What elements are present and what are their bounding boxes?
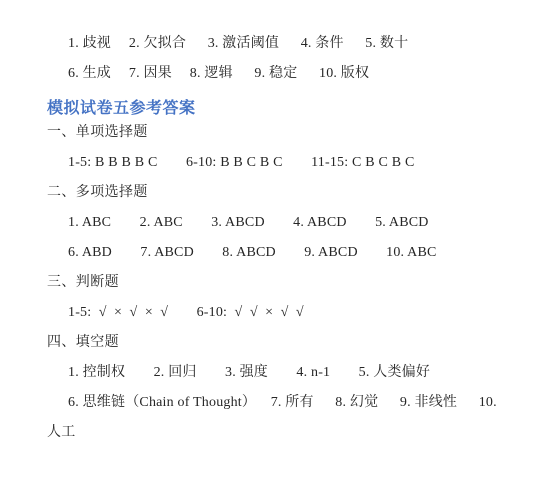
section-title-single-choice: 一、单项选择题 xyxy=(47,118,503,148)
fill-blank-answers-row-2-continuation: 人工 xyxy=(47,418,503,448)
fill-blank-answers-row-1: 1. 控制权 2. 回归 3. 强度 4. n-1 5. 人类偏好 xyxy=(47,358,503,388)
fill-blank-answers-row-2: 6. 思维链（Chain of Thought） 7. 所有 8. 幻觉 9. … xyxy=(47,388,503,418)
multi-choice-answers-row-1: 1. ABC 2. ABC 3. ABCD 4. ABCD 5. ABCD xyxy=(47,208,503,238)
multi-choice-answers-row-2: 6. ABD 7. ABCD 8. ABCD 9. ABCD 10. ABC xyxy=(47,238,503,268)
document-page: 1. 歧视 2. 欠拟合 3. 激活阈值 4. 条件 5. 数十 6. 生成 7… xyxy=(0,0,541,499)
prev-fill-blank-answers-row-1: 1. 歧视 2. 欠拟合 3. 激活阈值 4. 条件 5. 数十 xyxy=(47,29,503,59)
section-title-fill-blank: 四、填空题 xyxy=(47,328,503,358)
section-title-true-false: 三、判断题 xyxy=(47,268,503,298)
true-false-answers-row: 1-5: √ × √ × √ 6-10: √ √ × √ √ xyxy=(47,298,503,328)
single-choice-answers-row: 1-5: B B B B C 6-10: B B C B C 11-15: C … xyxy=(47,148,503,178)
prev-fill-blank-answers-row-2: 6. 生成 7. 因果 8. 逻辑 9. 稳定 10. 版权 xyxy=(47,59,503,89)
section-title-multi-choice: 二、多项选择题 xyxy=(47,178,503,208)
